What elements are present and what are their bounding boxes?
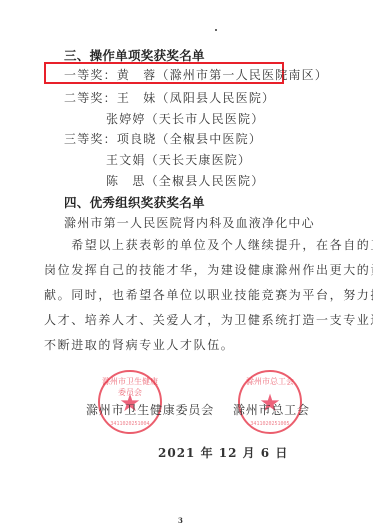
seal-number: 3411020251004 [100, 421, 160, 427]
winner-name: 王 妹 [117, 91, 157, 105]
closing-line: 人才、培养人才、关爱人才，为卫健系统打造一支专业过硬、 [44, 308, 373, 333]
second-prize-row-2: 张婷婷（天长市人民医院） [106, 110, 264, 127]
page-number: 3 [178, 516, 183, 525]
winner-name: 张婷婷 [106, 112, 146, 126]
winner-name: 王文娟 [106, 153, 146, 167]
winner-name: 陈 思 [106, 174, 146, 188]
second-prize-row-1: 二等奖：王 妹（凤阳县人民医院） [64, 89, 275, 106]
seal-text: 滁州市总工会 [240, 376, 300, 387]
first-prize-org: （滁州市第一人民医院南区） [156, 68, 328, 82]
stray-mark [215, 29, 217, 31]
first-prize-label: 一等奖： [64, 68, 117, 82]
closing-line: 岗位发挥自己的技能才华，为建设健康滁州作出更大的贡 [44, 258, 373, 283]
section4-winner: 滁州市第一人民医院肾内科及血液净化中心 [64, 214, 315, 231]
signature-trade-union: 滁州市总工会 [233, 401, 310, 418]
winner-org: （天长市人民医院） [146, 112, 265, 126]
winner-org: （全椒县中医院） [156, 132, 262, 146]
section4-title: 四、优秀组织奖获奖名单 [64, 193, 205, 211]
third-prize-row-3: 陈 思（全椒县人民医院） [106, 172, 264, 189]
winner-org: （天长天康医院） [146, 153, 252, 167]
winner-org: （全椒县人民医院） [146, 174, 265, 188]
document-date: 2021 年 12 月 6 日 [158, 444, 288, 461]
first-prize-name: 黄 蓉 [117, 68, 157, 82]
second-prize-label: 二等奖： [64, 91, 117, 105]
closing-line: 献。同时，也希望各单位以职业技能竞赛为平台，努力挖掘 [44, 283, 373, 308]
seal-number: 3411020251005 [240, 421, 300, 427]
closing-line: 不断进取的肾病专业人才队伍。 [44, 333, 373, 358]
third-prize-row-2: 王文娟（天长天康医院） [106, 151, 251, 168]
signature-health-commission: 滁州市卫生健康委员会 [86, 401, 214, 418]
third-prize-label: 三等奖： [64, 132, 117, 146]
closing-line: 希望以上获表彰的单位及个人继续提升，在各自的工作 [44, 233, 373, 258]
first-prize-row: 一等奖：黄 蓉（滁州市第一人民医院南区） [64, 66, 328, 83]
winner-name: 项良晓 [117, 132, 157, 146]
third-prize-row-1: 三等奖：项良晓（全椒县中医院） [64, 130, 262, 147]
winner-org: （凤阳县人民医院） [156, 91, 275, 105]
closing-paragraph: 希望以上获表彰的单位及个人继续提升，在各自的工作 岗位发挥自己的技能才华，为建设… [44, 233, 373, 358]
